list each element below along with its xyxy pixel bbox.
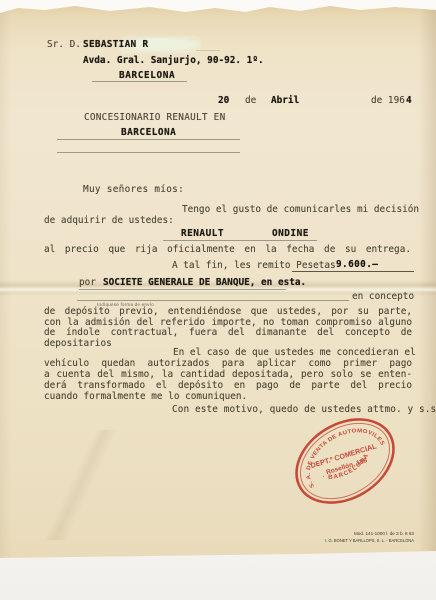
price-line: al precio que rija oficialmente en la fe… (44, 245, 411, 256)
rule-after-name (196, 50, 220, 51)
rule-under-vehicle (163, 240, 317, 241)
p3-line2: vehículo quedan autorizados para aplicar… (44, 359, 412, 370)
rule-under-city (92, 81, 187, 82)
rule-form-blank (77, 300, 349, 301)
date-month: Abril (271, 96, 299, 107)
rule-org-1 (57, 139, 240, 140)
rule-org-2 (57, 152, 240, 153)
recipient-name: SEBASTIAN R (83, 40, 148, 51)
letter-paper: Sr. D. SEBASTIAN R Avda. Gral. Sanjurjo,… (0, 0, 436, 600)
recipient-city: BARCELONA (119, 71, 175, 82)
date-year-digit: 4 (406, 96, 412, 107)
rule-under-amount (292, 271, 414, 272)
stamp-inner-ring (287, 409, 403, 511)
p3-line5: cuando formalmente me lo comuniquen. (44, 392, 247, 403)
org-line2: BARCELONA (121, 128, 176, 139)
p2-line1: de depósito previo, entendiéndose que us… (44, 307, 412, 318)
company-stamp: S. A. DE VENTA DE AUTOMOVILES · BARCELON… (284, 409, 406, 511)
corner-crease (0, 430, 160, 540)
greeting: Muy señores míos: (83, 185, 184, 196)
p3-line4: derá transformado el depósito en pago de… (44, 381, 412, 392)
remit-printed: A tal fin, les remito Pesetas (172, 261, 336, 272)
remit-amount: 9.600.— (336, 260, 378, 271)
p1-line2: de adquirir de ustedes: (44, 216, 174, 227)
p3-line1: En el caso de que ustedes me concedieran… (173, 348, 411, 359)
vehicle-make: RENAULT (181, 229, 224, 240)
date-de2: de 196 (371, 96, 405, 107)
concept-intro: en concepto (352, 292, 414, 303)
p1-line1: Tengo el gusto de comunicarles mi decisi… (182, 205, 410, 216)
org-line1: CONCESIONARIO RENAULT EN (84, 113, 225, 124)
date-day: 20 (218, 96, 229, 107)
p3-line3: a cuenta del mismo, la cantidad deposita… (44, 370, 412, 381)
printer-name-line: I. G. BONET Y BARLLOPS, S. L. - BARCELON… (298, 538, 414, 545)
p2-line3: de índole contractual, fuera del dimanan… (44, 328, 412, 339)
printer-model-line: Mod. 141-1000 l. de 3 b. 8 63 (298, 531, 414, 538)
bank-typed: SOCIETE GENERALE DE BANQUE, en esta. (103, 278, 306, 289)
rule-under-bank (79, 289, 286, 290)
vehicle-model: ONDINE (272, 229, 309, 240)
date-de1: de (245, 96, 256, 107)
p2-line4: depositarios (44, 339, 112, 350)
salutation-prefix: Sr. D. (47, 40, 81, 51)
bank-printed: por (79, 278, 96, 289)
recipient-address: Avda. Gral. Sanjurjo, 90-92. 1º. (83, 56, 264, 67)
